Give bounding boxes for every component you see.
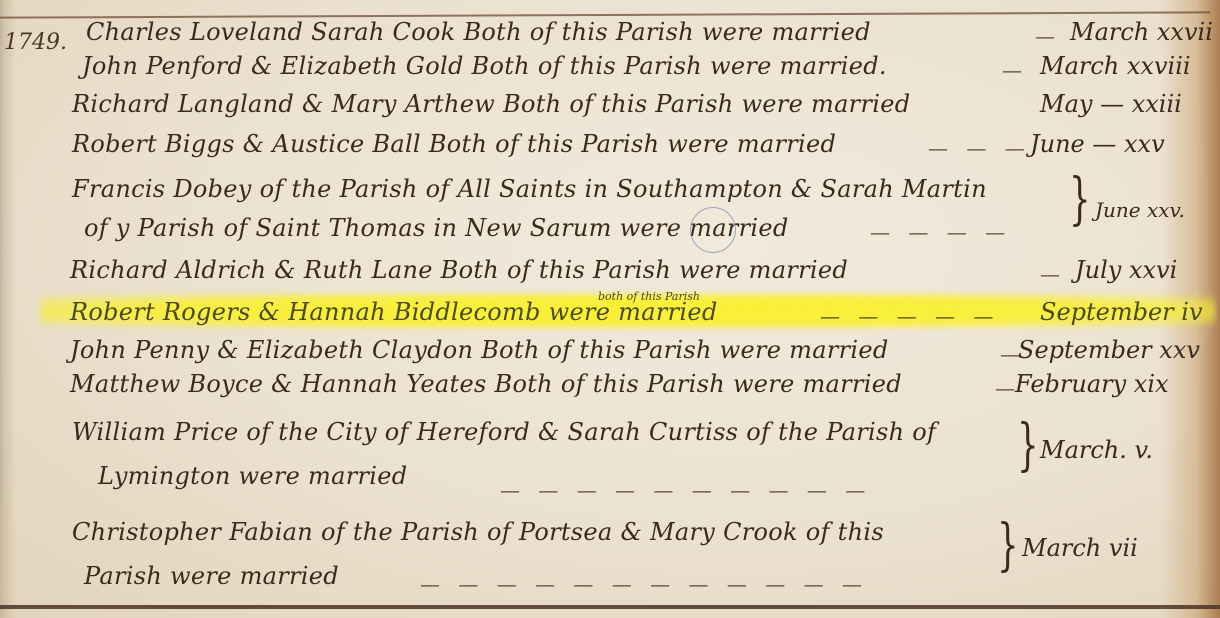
bottom-rule-line: [0, 605, 1220, 609]
entry-text: Robert Rogers & Hannah Biddlecomb were m…: [70, 298, 718, 326]
entry-text-line-2: of y Parish of Saint Thomas in New Sarum…: [84, 214, 789, 242]
entry-dashes: —: [1035, 24, 1061, 48]
entry-text-line-2: Parish were married: [84, 562, 339, 590]
entry-text-line-2: Lymington were married: [98, 462, 407, 490]
register-page: 1749. Charles Loveland Sarah Cook Both o…: [0, 0, 1220, 618]
register-year: 1749.: [4, 30, 67, 55]
entry-text: Matthew Boyce & Hannah Yeates Both of th…: [70, 370, 902, 398]
entry-date: March. v.: [1040, 436, 1153, 464]
cursor-circle-icon: [690, 207, 736, 253]
page-left-edge: [0, 0, 16, 618]
entry-date: March xxviii: [1040, 52, 1191, 80]
entry-dashes: —: [1002, 58, 1028, 82]
entry-date: September iv: [1040, 298, 1203, 326]
entry-dashes: — — — — — — — — — —: [500, 478, 871, 502]
entry-text: John Penny & Elizabeth Claydon Both of t…: [70, 336, 889, 364]
entry-date: June — xxv: [1030, 130, 1165, 158]
brace-icon: }: [1017, 418, 1038, 474]
entry-dashes: — — —: [928, 136, 1031, 160]
entry-text: Richard Langland & Mary Arthew Both of t…: [72, 90, 910, 118]
brace-icon: }: [997, 518, 1018, 574]
entry-date: July xxvi: [1075, 256, 1177, 284]
entry-dashes: — — — — — — — — — — — —: [420, 572, 868, 596]
entry-date: May — xxiii: [1040, 90, 1182, 118]
entry-dashes: — — — —: [870, 220, 1011, 244]
entry-text: Richard Aldrich & Ruth Lane Both of this…: [70, 256, 848, 284]
entry-dashes: —: [1040, 262, 1066, 286]
entry-text-line-1: William Price of the City of Hereford & …: [72, 418, 936, 446]
entry-date: February xix: [1015, 370, 1169, 398]
entry-date: September xxv: [1018, 336, 1200, 364]
entry-dashes: — — — — —: [820, 304, 999, 328]
entry-text-line-1: Francis Dobey of the Parish of All Saint…: [72, 175, 987, 203]
entry-text: Charles Loveland Sarah Cook Both of this…: [86, 18, 871, 46]
entry-date: March vii: [1022, 534, 1138, 562]
entry-date: June xxv.: [1095, 198, 1185, 222]
entry-date: March xxvii: [1070, 18, 1213, 46]
brace-icon: }: [1069, 172, 1090, 228]
entry-text: Robert Biggs & Austice Ball Both of this…: [72, 130, 836, 158]
entry-text-line-1: Christopher Fabian of the Parish of Port…: [72, 518, 884, 546]
entry-text: John Penford & Elizabeth Gold Both of th…: [82, 52, 887, 80]
